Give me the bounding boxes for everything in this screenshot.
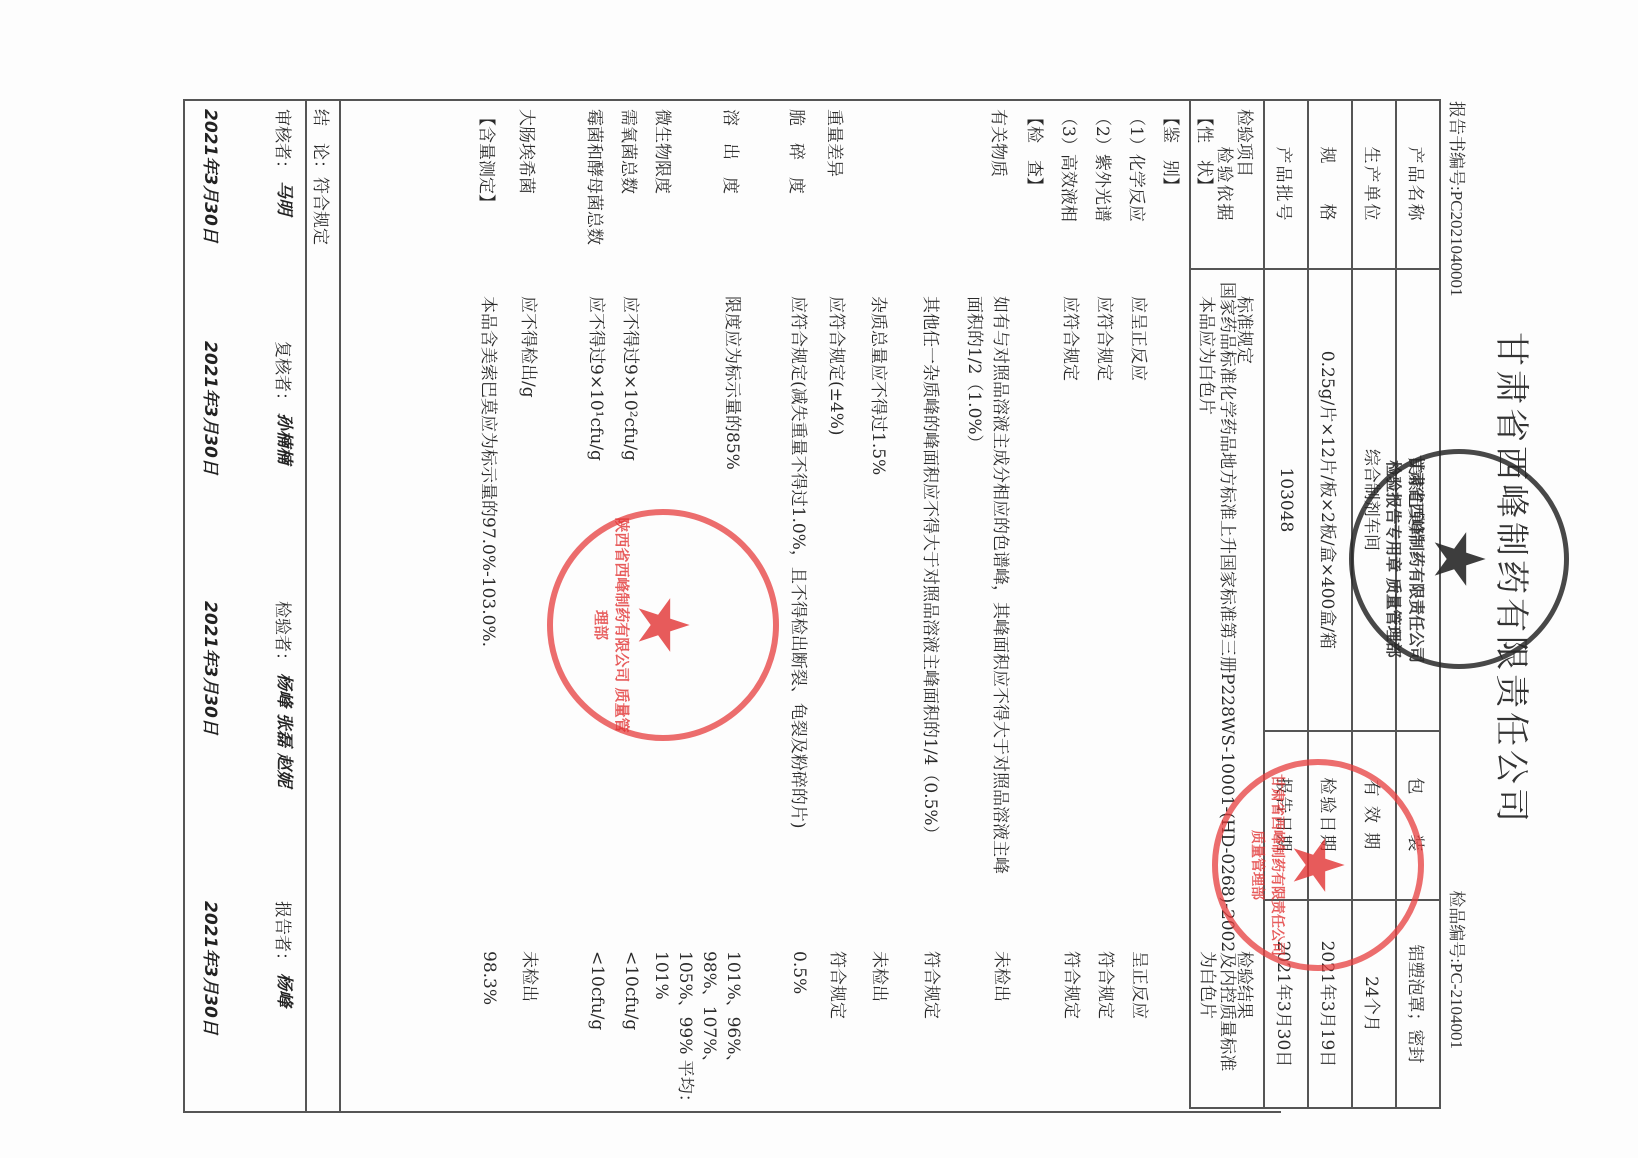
cell-item: （3）高效液相 (1058, 109, 1083, 284)
cell-result: 未检出 (989, 951, 1013, 1111)
cell-result: 符合规定 (1093, 951, 1117, 1111)
inspection-report: 甘肃省西峰制药有限责任公司 报告书编号:PC2021040001 检品编号:PC… (39, 29, 1599, 1129)
cell-standard: 其他任一杂质峰的峰面积应不得大于对照品溶液主峰面积的1/4（0.5%） (917, 296, 943, 876)
signature-section: 审核者： 马明 2021年3月30日 复核者： 孙楠楠 2021年3月30日 检… (183, 99, 305, 1113)
cell-standard: 应符合规定(减失重量不得过1.0%，且不得检出断裂、龟裂及粉碎的片) (785, 296, 811, 876)
label-packaging: 包 装 (1396, 731, 1440, 900)
cell-standard: 应符合规定(±4%) (823, 296, 849, 876)
cell-result: 98.3% (477, 951, 501, 1111)
cell-result: <10cfu/g (585, 951, 609, 1111)
label-validity: 有 效 期 (1352, 731, 1396, 900)
value-test-date: 2021年3月19日 (1308, 900, 1352, 1108)
test-results-section: 检验项目 标准规定 检验结果 【性 状】本品应为白色片为白色片【鉴 别】（1）化… (339, 99, 1281, 1113)
reviewer-label: 复核者： (272, 341, 297, 409)
sample-number: 检品编号:PC-2104001 (1446, 890, 1471, 1049)
cell-item: 微生物限度 (652, 109, 677, 284)
cell-item: （2）紫外光谱 (1092, 109, 1117, 284)
cell-standard: 应不得过9×10¹cfu/g (583, 296, 609, 876)
reviewer-date: 2021年3月30日 (200, 341, 225, 475)
value-validity: 24个月 (1352, 900, 1396, 1108)
cell-standard: 应符合规定 (1091, 296, 1117, 876)
cell-standard: 本品应为白色片 (1193, 296, 1219, 876)
cell-item: 【性 状】 (1194, 109, 1219, 284)
cell-result: 未检出 (867, 951, 891, 1111)
value-product-name: 美索巴莫片 (1396, 269, 1440, 731)
value-spec: 0.25g/片×12片/板×2板/盒×400盒/箱 (1308, 269, 1352, 731)
cell-standard: 杂质总量应不得过1.5% (865, 296, 891, 876)
inspector-signature: 杨峰 张磊 赵妮 (274, 673, 299, 787)
cell-item: 【检 查】 (1024, 109, 1049, 284)
cell-standard: 本品含美索巴莫应为标示量的97.0%-103.0%. (475, 296, 501, 876)
cell-item: 脆 碎 度 (786, 109, 811, 284)
cell-standard: 如有与对照品溶液主成分相应的色谱峰，其峰面积应不得大于对照品溶液主峰面积的1/2… (961, 296, 1013, 876)
cell-standard: 限度应为标示量的85% (719, 296, 745, 876)
report-number: 报告书编号:PC2021040001 (1446, 101, 1471, 297)
cell-result: 符合规定 (1059, 951, 1083, 1111)
cell-item: 【鉴 别】 (1160, 109, 1185, 284)
conclusion-row: 结 论：符合规定 (305, 99, 341, 1113)
cell-item: 需氧菌总数 (618, 109, 643, 284)
inspector-label: 检验者： (272, 601, 297, 669)
cell-item: 重量差异 (824, 109, 849, 284)
value-packaging: 铝塑泡罩；密封 (1396, 900, 1440, 1108)
auditor-signature: 马明 (274, 181, 299, 215)
cell-result: 101%、96%、98%、107%、105%、99% 平均：101% (649, 951, 745, 1111)
reviewer-signature: 孙楠楠 (274, 413, 299, 464)
cell-item: 大肠埃希菌 (516, 109, 541, 284)
cell-result: 为白色片 (1195, 951, 1219, 1111)
cell-item: 霉菌和酵母菌总数 (584, 109, 609, 284)
value-producer: 综合制剂车间 (1352, 269, 1396, 731)
company-title: 甘肃省西峰制药有限责任公司 (1490, 29, 1539, 1129)
conclusion-text: 结 论：符合规定 (310, 109, 335, 245)
label-producer: 生产单位 (1352, 100, 1396, 269)
cell-standard: 应不得检出/g (515, 296, 541, 876)
col-header-item: 检验项目 (1234, 109, 1259, 177)
cell-item: 溶 出 度 (720, 109, 745, 284)
cell-item: 有关物质 (988, 109, 1013, 284)
inspector-date: 2021年3月30日 (200, 601, 225, 735)
reporter-signature: 杨峰 (274, 973, 299, 1007)
cell-result: 符合规定 (919, 951, 943, 1111)
col-header-standard: 标准规定 (1234, 296, 1259, 364)
auditor-date: 2021年3月30日 (200, 109, 225, 243)
col-header-result: 检验结果 (1234, 951, 1259, 1019)
cell-result: <10cfu/g (619, 951, 643, 1111)
cell-result: 0.5% (787, 951, 811, 1111)
cell-result: 符合规定 (825, 951, 849, 1111)
reporter-date: 2021年3月30日 (200, 901, 225, 1035)
cell-item: （1）化学反应 (1126, 109, 1151, 284)
cell-result: 未检出 (517, 951, 541, 1111)
cell-standard: 应符合规定 (1057, 296, 1083, 876)
auditor-label: 审核者： (272, 109, 297, 177)
cell-item: 【含量测定】 (476, 109, 501, 284)
cell-standard: 应不得过9×10²cfu/g (617, 296, 643, 876)
cell-result: 呈正反应 (1127, 951, 1151, 1111)
label-spec: 规 格 (1308, 100, 1352, 269)
cell-standard: 应呈正反应 (1125, 296, 1151, 876)
label-product-name: 产品名称 (1396, 100, 1440, 269)
reporter-label: 报告者： (272, 901, 297, 969)
label-test-date: 检验日期 (1308, 731, 1352, 900)
